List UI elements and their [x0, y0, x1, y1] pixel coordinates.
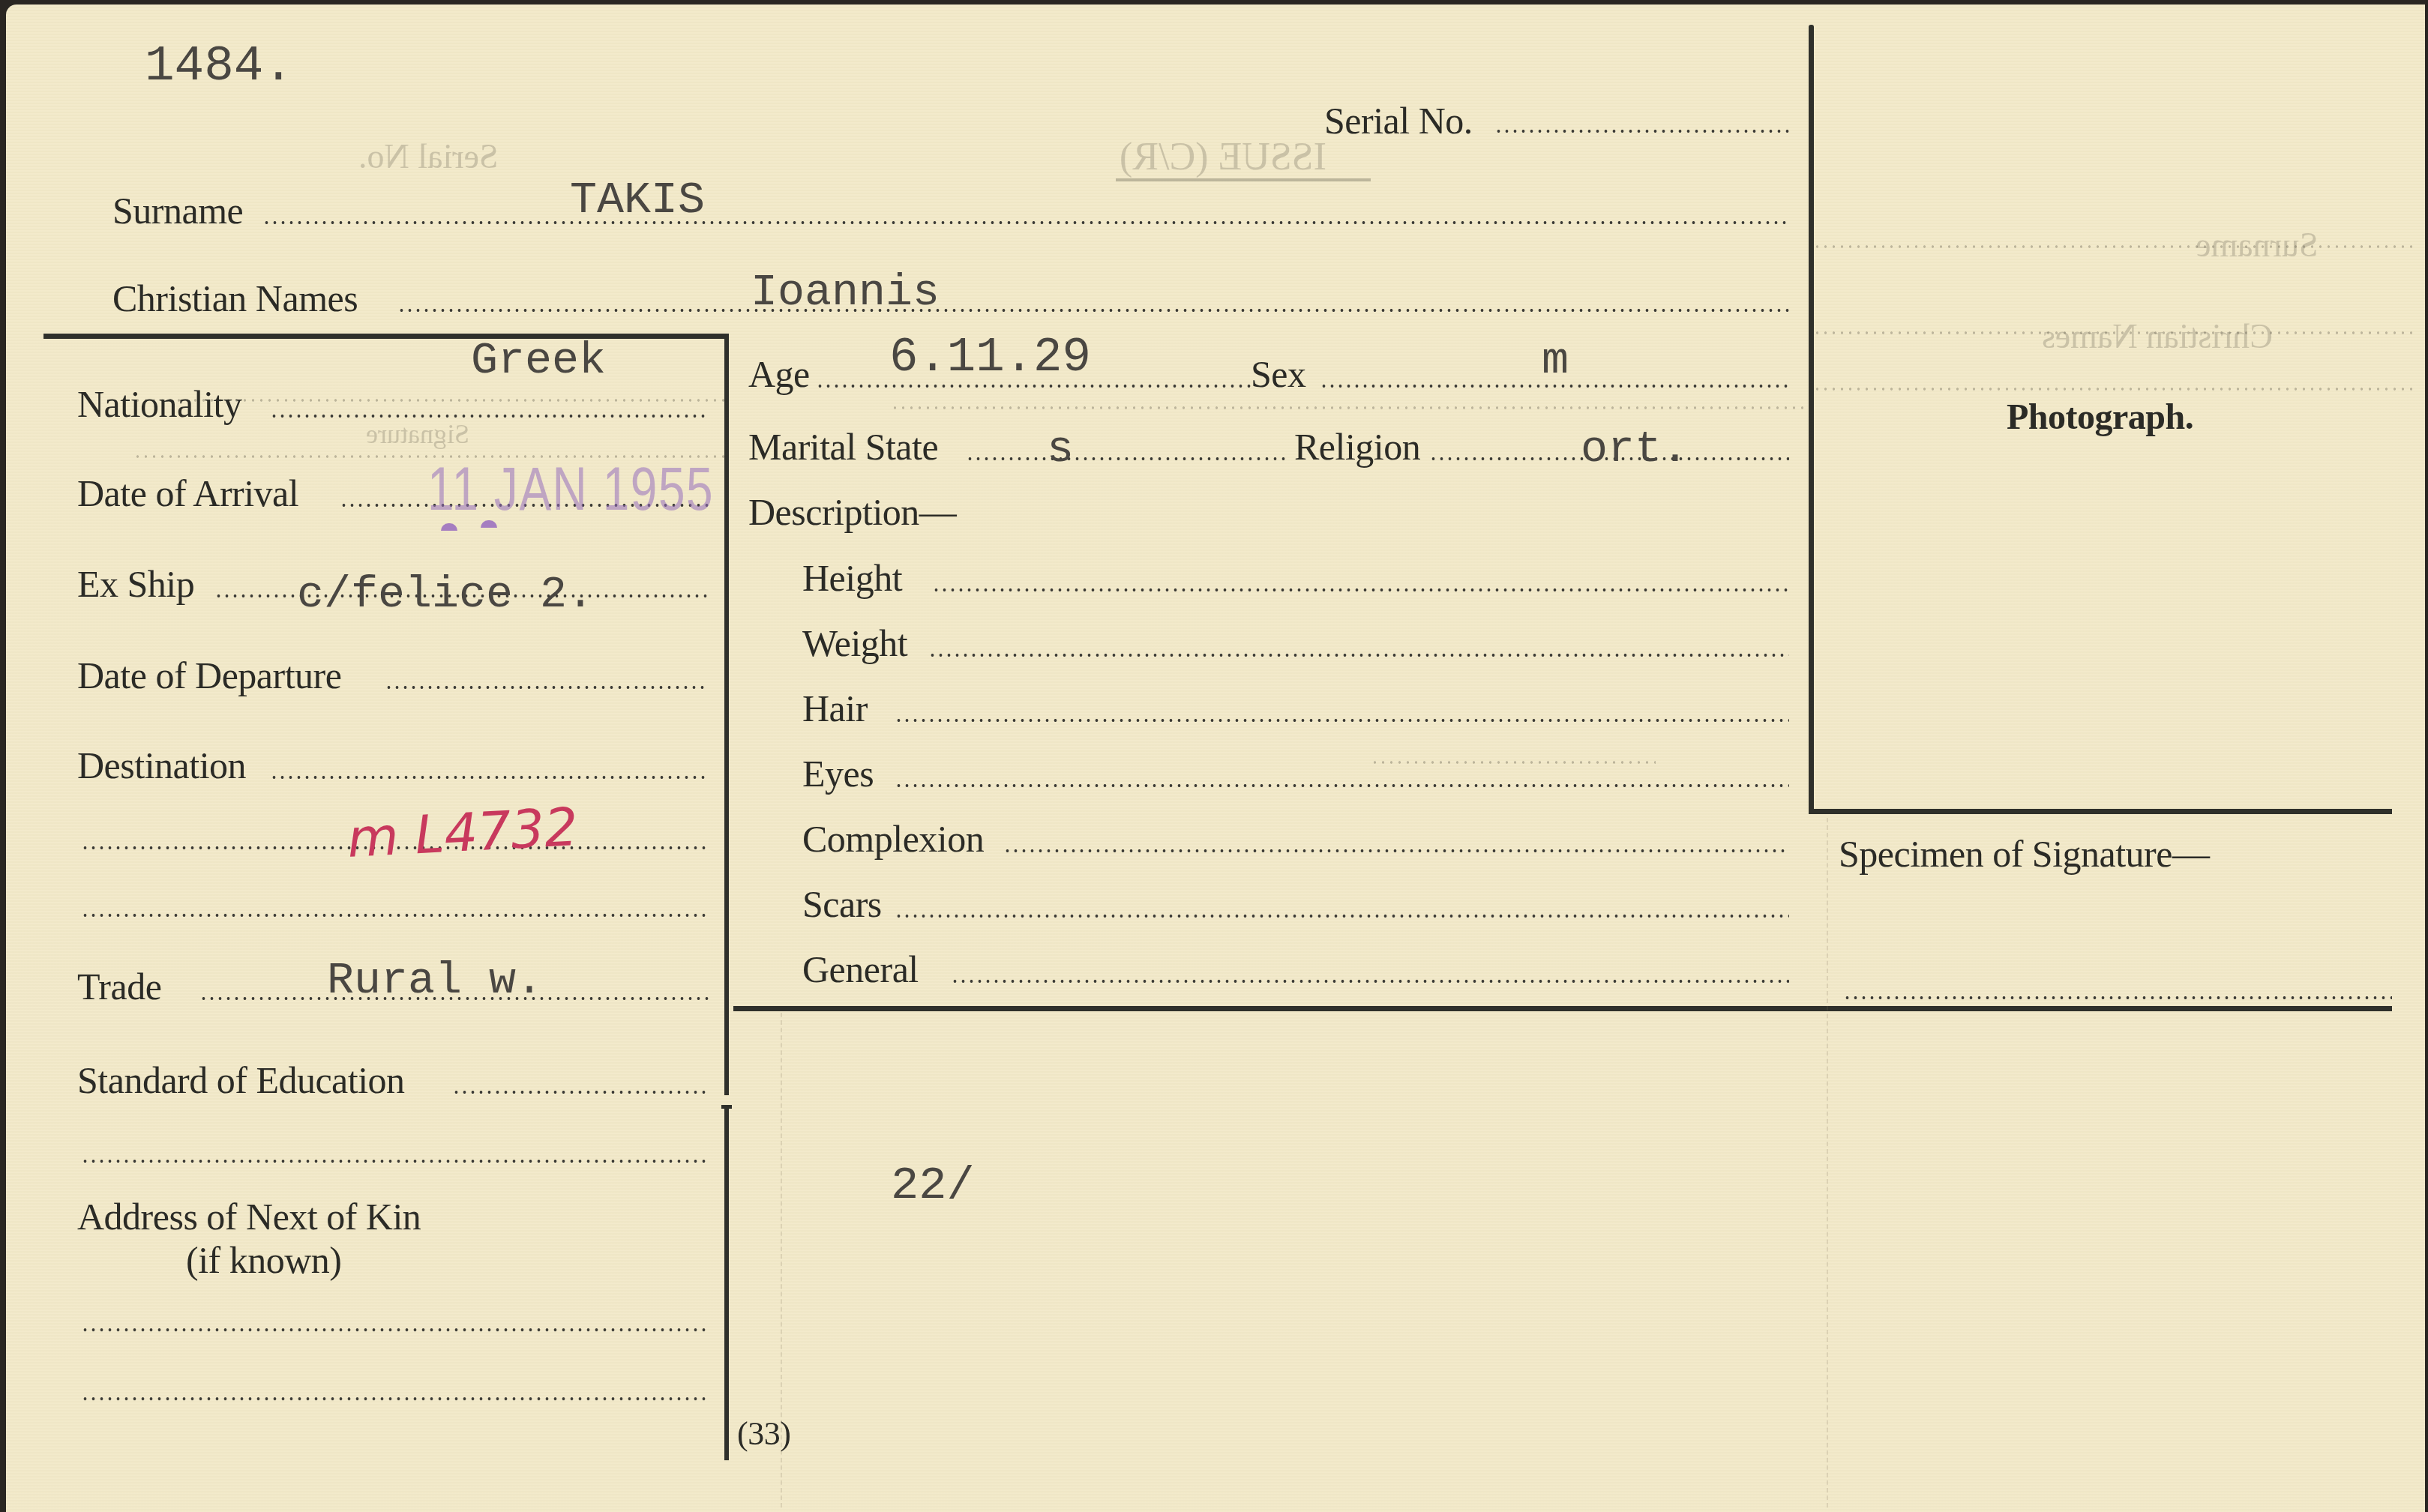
form-number: (33) [737, 1418, 790, 1451]
complexion-label: Complexion [802, 820, 984, 858]
next-of-kin-field-line-1[interactable] [81, 1328, 709, 1332]
arrival-date-stamp: 11 JAN 1955 [427, 459, 714, 520]
height-label: Height [802, 559, 902, 597]
destination-handwritten-note: m L4732 [346, 801, 579, 865]
sex-label: Sex [1251, 355, 1306, 393]
ghost-dotted-line [1371, 760, 1656, 765]
weight-field[interactable] [928, 653, 1789, 657]
ex-ship-value: c/felice 2. [297, 573, 594, 618]
christian-names-value: Ioannis [751, 271, 940, 316]
scars-field[interactable] [895, 914, 1789, 918]
age-value: 6.11.29 [889, 334, 1091, 382]
surname-label: Surname [112, 192, 243, 229]
ghost-issue-stamp: ISSUE (C/R) [1120, 138, 1326, 177]
eyes-field[interactable] [895, 783, 1789, 788]
fold-line [1827, 818, 1828, 1508]
next-of-kin-label: Address of Next of Kin [77, 1198, 421, 1235]
annotation-22: 22/ [891, 1163, 975, 1209]
fold-line [781, 1013, 782, 1508]
left-box-divider-upper [724, 334, 729, 1095]
christian-names-label: Christian Names [112, 280, 358, 317]
registration-card: Serial No. ISSUE (C/R) Surname Christian… [6, 4, 2425, 1512]
ghost-underline [1116, 178, 1371, 181]
eyes-label: Eyes [802, 755, 874, 792]
card-number: 1484. [145, 42, 293, 91]
scars-label: Scars [802, 885, 882, 923]
education-field-line-2[interactable] [81, 1159, 709, 1163]
christian-names-field[interactable] [397, 308, 1789, 313]
marital-state-label: Marital State [748, 428, 938, 466]
ghost-dotted-line [891, 406, 1813, 410]
sex-value: m [1542, 339, 1569, 384]
date-of-departure-label: Date of Departure [77, 657, 341, 694]
education-field[interactable] [452, 1090, 709, 1094]
nationality-field[interactable] [270, 414, 709, 418]
surname-field[interactable] [262, 220, 1789, 225]
religion-value: ort. [1581, 427, 1689, 472]
description-heading: Description— [748, 493, 956, 531]
weight-label: Weight [802, 624, 907, 662]
destination-field-line-3[interactable] [81, 913, 709, 918]
main-horizontal-rule [733, 1006, 2392, 1011]
hair-label: Hair [802, 690, 868, 727]
signature-field[interactable] [1843, 996, 2392, 1000]
marital-state-value: s [1047, 427, 1074, 472]
general-label: General [802, 951, 919, 988]
complexion-field[interactable] [1003, 849, 1789, 853]
stamp-mark [441, 523, 457, 531]
education-label: Standard of Education [77, 1061, 405, 1099]
nationality-label: Nationality [77, 385, 241, 423]
ghost-serial-text: Serial No. [358, 139, 499, 174]
height-field[interactable] [932, 588, 1789, 592]
general-field[interactable] [951, 979, 1789, 984]
destination-label: Destination [77, 747, 246, 784]
age-label: Age [748, 355, 810, 393]
photo-box-left-rule [1809, 25, 1814, 814]
serial-no-label: Serial No. [1324, 102, 1473, 139]
destination-field[interactable] [270, 775, 709, 780]
serial-no-field[interactable] [1494, 129, 1789, 133]
surname-value: TAKIS [570, 178, 705, 223]
left-box-divider-notch [721, 1105, 732, 1109]
next-of-kin-field-line-2[interactable] [81, 1397, 709, 1401]
signature-label: Specimen of Signature— [1839, 835, 2209, 873]
hair-field[interactable] [895, 718, 1789, 723]
date-of-departure-field[interactable] [385, 685, 709, 690]
trade-label: Trade [77, 968, 161, 1005]
photograph-area[interactable] [1821, 34, 2391, 803]
next-of-kin-sublabel: (if known) [186, 1241, 341, 1279]
ex-ship-label: Ex Ship [77, 565, 194, 603]
date-of-arrival-label: Date of Arrival [77, 475, 298, 512]
left-box-top-rule [43, 334, 727, 339]
photo-box-bottom-rule [1809, 809, 2392, 814]
marital-state-field[interactable] [966, 457, 1288, 461]
left-box-divider-lower [724, 1106, 729, 1460]
nationality-value: Greek [471, 339, 606, 384]
religion-label: Religion [1294, 428, 1420, 466]
trade-value: Rural w. [327, 959, 543, 1004]
ghost-signature-text: Signature [366, 421, 469, 448]
